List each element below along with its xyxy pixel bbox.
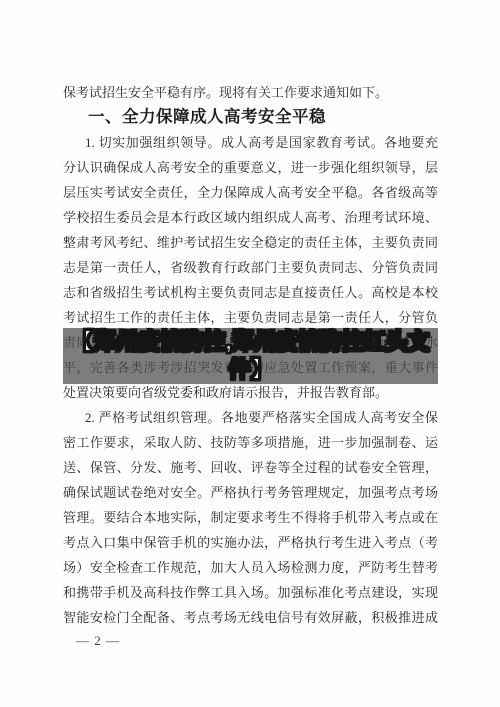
document-line: 密工作要求，采取人防、技防等多项措施，进一步加强制卷、运 (63, 430, 438, 455)
document-line: 场）安全检查工作规范，加大人员入场检测力度，严防考生替考 (63, 555, 438, 580)
document-line: 志是第一责任人，省级教育行政部门主要负责同志、分管负责同 (63, 255, 438, 280)
document-line: 送、保管、分发、施考、回收、评卷等全过程的试卷安全管理， (63, 455, 438, 480)
document-line: 1. 切实加强组织领导。成人高考是国家教育考试。各地要充 (63, 130, 438, 155)
document-line: 志和省级招生考试机构主要负责同志是直接责任人。高校是本校 (63, 280, 438, 305)
document-line: 整肃考风考纪、维护考试招生安全稳定的责任主体，主要负责同 (63, 230, 438, 255)
document-line: 考试招生工作的责任主体，主要负责同志是第一责任人，分管负 (63, 305, 438, 330)
document-line: 分认识确保成人高考安全的重要意义，进一步强化组织领导，层 (63, 155, 438, 180)
document-page: 保考试招生安全平稳有序。现将有关工作要求通知如下。 一、全力保障成人高考安全平稳… (0, 0, 500, 707)
document-line: 保考试招生安全平稳有序。现将有关工作要求通知如下。 (63, 80, 438, 105)
document-line: 考点入口集中保管手机的实施办法，严格执行考生进入考点（考 (63, 530, 438, 555)
document-line: 学校招生委员会是本行政区域内组织成人高考、治理考试环境、 (63, 205, 438, 230)
document-line: 智能安检门全配备、考点考场无线电信号有效屏蔽，积极推进成 (63, 605, 438, 630)
document-line: 确保试题试卷绝对安全。严格执行考务管理规定，加强考点考场 (63, 480, 438, 505)
document-line: 管理。要结合本地实际，制定要求考生不得将手机带入考点或在 (63, 505, 438, 530)
document-line: 和携带手机及高科技作弊工具入场。加强标准化考点建设，实现 (63, 580, 438, 605)
section-heading: 一、全力保障成人高考安全平稳 (63, 105, 438, 130)
document-line: 层压实考试安全责任，全力保障成人高考安全平稳。各省级高等 (63, 180, 438, 205)
document-line: 2. 严格考试组织管理。各地要严格落实全国成人高考安全保 (63, 405, 438, 430)
page-number: — 2 — (76, 632, 120, 650)
watermark-overlay: 【郑州疫情防控,郑州疫情防控红头文件】 (63, 328, 438, 384)
watermark-text: 【郑州疫情防控,郑州疫情防控红头文件】 (63, 328, 438, 384)
